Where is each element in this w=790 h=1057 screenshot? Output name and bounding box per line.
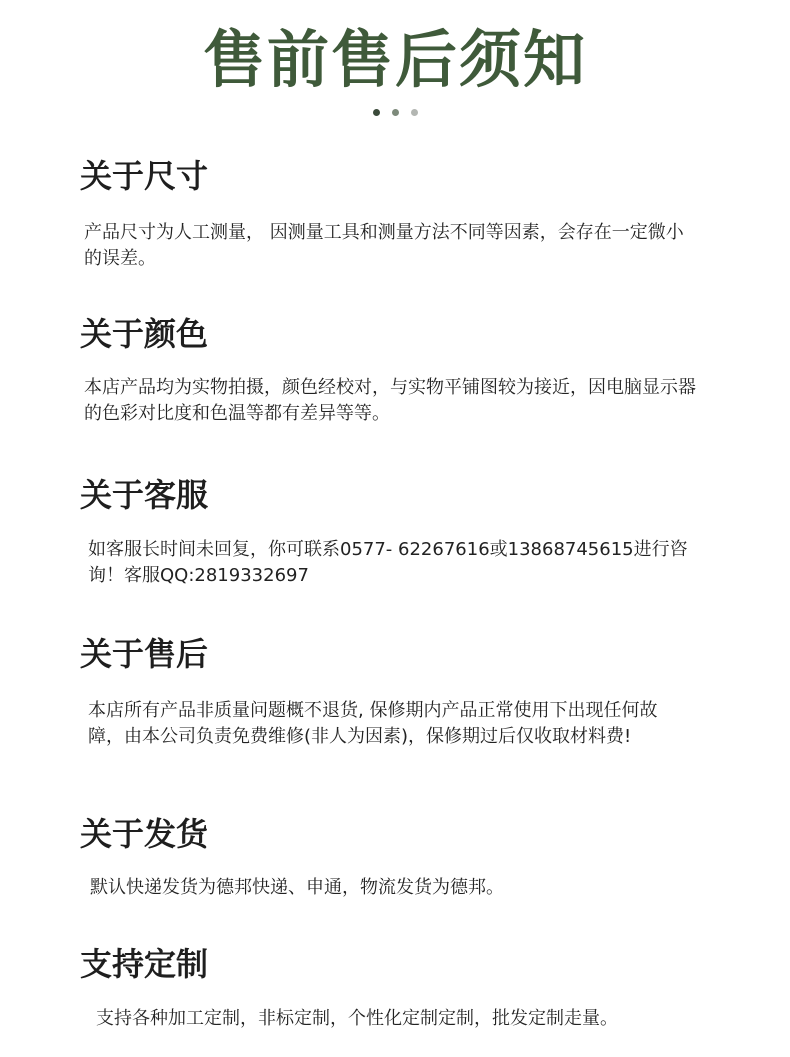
section-body-custom: 支持各种加工定制，非标定制，个性化定制定制，批发定制走量。 — [96, 1006, 736, 1032]
dot-1 — [373, 109, 380, 116]
section-heading-color: 关于颜色 — [80, 314, 208, 354]
section-body-color: 本店产品均为实物拍摄，颜色经校对，与实物平铺图较为接近，因电脑显示器的色彩对比度… — [84, 375, 699, 427]
section-heading-shipping: 关于发货 — [80, 814, 208, 854]
dot-3 — [411, 109, 418, 116]
page-indicator — [0, 109, 790, 116]
section-heading-size: 关于尺寸 — [80, 156, 208, 196]
dot-2 — [392, 109, 399, 116]
section-heading-service: 关于客服 — [80, 475, 208, 515]
section-body-aftersales: 本店所有产品非质量问题概不退货, 保修期内产品正常使用下出现任何故障，由本公司负… — [88, 698, 673, 750]
page-title: 售前售后须知 — [0, 20, 790, 100]
section-heading-aftersales: 关于售后 — [80, 634, 208, 674]
section-body-service: 如客服长时间未回复，你可联系0577- 62267616或13868745615… — [88, 537, 688, 589]
section-body-shipping: 默认快递发货为德邦快递、申通，物流发货为德邦。 — [90, 875, 710, 901]
section-heading-custom: 支持定制 — [80, 944, 208, 984]
section-body-size: 产品尺寸为人工测量， 因测量工具和测量方法不同等因素，会存在一定微小的误差。 — [84, 220, 699, 272]
